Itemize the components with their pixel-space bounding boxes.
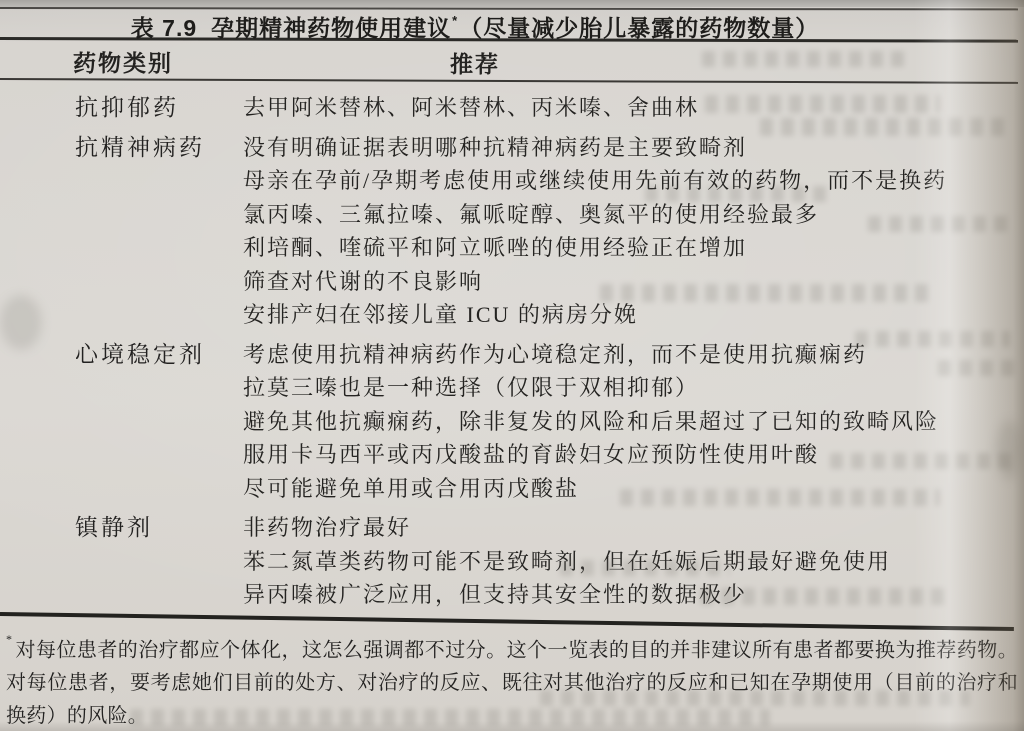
recommendation-cell: 没有明确证据表明哪种抗精神病药是主要致畸剂母亲在孕前/孕期考虑使用或继续使用先前… (243, 131, 1018, 332)
drug-category-cell: 抗精神病药 (0, 131, 243, 332)
footnote-text: 对每位患者的治疗都应个体化，这怎么强调都不过分。这个一览表的目的并非建议所有患者… (6, 640, 1018, 728)
recommendation-line: 氯丙嗪、三氟拉嗪、氟哌啶醇、奥氮平的使用经验最多 (243, 198, 1018, 232)
recommendation-line: 安排产妇在邻接儿童 ICU 的病房分娩 (243, 298, 1018, 332)
drug-category-cell: 心境稳定剂 (0, 338, 243, 506)
table-header-row: 药物类别 推荐 (0, 45, 950, 75)
scan-top-edge (0, 0, 1024, 7)
table-row: 心境稳定剂考虑使用抗精神病药作为心境稳定剂，而不是使用抗癫痫药拉莫三嗪也是一种选… (0, 338, 1018, 506)
recommendation-line: 利培酮、喹硫平和阿立哌唑的使用经验正在增加 (243, 231, 1018, 265)
recommendation-line: 母亲在孕前/孕期考虑使用或继续使用先前有效的药物，而不是换药 (243, 164, 1018, 198)
recommendation-cell: 考虑使用抗精神病药作为心境稳定剂，而不是使用抗癫痫药拉莫三嗪也是一种选择（仅限于… (243, 338, 1018, 506)
recommendation-line: 苯二氮䓬类药物可能不是致畸剂，但在妊娠后期最好避免使用 (243, 545, 1018, 579)
drug-category-cell: 镇静剂 (0, 511, 243, 612)
drug-category-cell: 抗抑郁药 (0, 91, 243, 125)
recommendation-line: 异丙嗪被广泛应用，但支持其安全性的数据极少 (243, 578, 1018, 612)
table-row: 抗抑郁药去甲阿米替林、阿米替林、丙米嗪、舍曲林 (0, 91, 1018, 125)
recommendation-cell: 非药物治疗最好苯二氮䓬类药物可能不是致畸剂，但在妊娠后期最好避免使用异丙嗪被广泛… (243, 511, 1018, 612)
footnote-marker: * (6, 632, 12, 646)
recommendation-line: 服用卡马西平或丙戊酸盐的育龄妇女应预防性使用叶酸 (243, 438, 1018, 472)
table-footnote: *对每位患者的治疗都应个体化，这怎么强调都不过分。这个一览表的目的并非建议所有患… (6, 629, 1018, 731)
recommendation-line: 尽可能避免单用或合用丙戊酸盐 (243, 472, 1018, 506)
recommendation-line: 非药物治疗最好 (243, 511, 1018, 545)
recommendation-line: 筛查对代谢的不良影响 (243, 265, 1018, 299)
table-body: 抗抑郁药去甲阿米替林、阿米替林、丙米嗪、舍曲林抗精神病药没有明确证据表明哪种抗精… (0, 84, 1018, 618)
recommendation-line: 拉莫三嗪也是一种选择（仅限于双相抑郁） (243, 371, 1018, 405)
table-title: 表 7.9孕期精神药物使用建议*（尽量减少胎儿暴露的药物数量） (0, 10, 950, 43)
recommendation-line: 避免其他抗癫痫药，除非复发的风险和后果超过了已知的致畸风险 (243, 405, 1018, 439)
table-row: 镇静剂非药物治疗最好苯二氮䓬类药物可能不是致畸剂，但在妊娠后期最好避免使用异丙嗪… (0, 511, 1018, 612)
scanned-book-page: 表 7.9孕期精神药物使用建议*（尽量减少胎儿暴露的药物数量） 药物类别 推荐 … (0, 0, 1024, 731)
table-number: 表 7.9 (131, 15, 197, 41)
recommendation-line: 考虑使用抗精神病药作为心境稳定剂，而不是使用抗癫痫药 (243, 338, 1018, 372)
column-header-recommendation: 推荐 (0, 46, 950, 79)
table-row: 抗精神病药没有明确证据表明哪种抗精神病药是主要致畸剂母亲在孕前/孕期考虑使用或继… (0, 131, 1018, 332)
title-footnote-marker: * (452, 13, 458, 28)
table-title-paren: （尽量减少胎儿暴露的药物数量） (459, 15, 819, 41)
recommendation-line: 没有明确证据表明哪种抗精神病药是主要致畸剂 (243, 131, 1018, 165)
table-title-text: 孕期精神药物使用建议 (211, 15, 451, 41)
recommendation-cell: 去甲阿米替林、阿米替林、丙米嗪、舍曲林 (243, 91, 1018, 125)
recommendation-line: 去甲阿米替林、阿米替林、丙米嗪、舍曲林 (243, 91, 1018, 125)
